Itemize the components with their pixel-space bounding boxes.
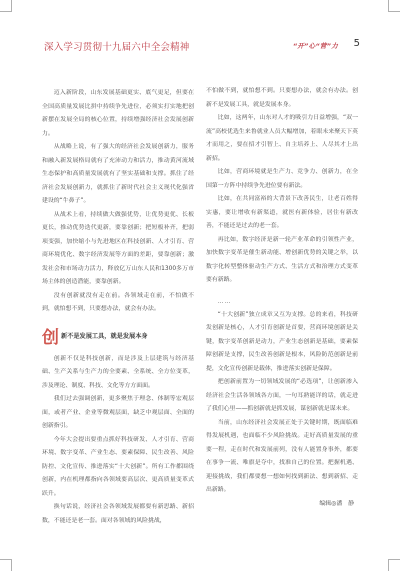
- paragraph: 今年大会提出要重点抓好科技研发、人才引育、营商环境、数字变革、产业生态、要素保障…: [42, 434, 194, 502]
- paragraph: 从战略上说，有了强大的经济社会发展创新力，服务和融入新发展格局就有了充沛动力和活…: [42, 141, 194, 209]
- dropcap: 创: [42, 329, 59, 347]
- section-title: 深入学习贯彻十九届六中全会精神: [44, 39, 190, 53]
- paragraph: 不怕做不到，就怕想不到。只要想办法，就会有办法。创新不是发展工具，就是发展本身。: [206, 85, 358, 112]
- crop-mark-top-left: [0, 0, 12, 12]
- paragraph: 从战术上看，持续做大做强优势，让优势更优、长板更长，推动优势迭代更新，要靠创新；…: [42, 209, 194, 290]
- paragraph: 再比如，数字经济是新一轮产业革命的引领性产业，加快数字变革是催生新动能、增创新优…: [206, 234, 358, 288]
- editor-signature: 编辑◎潘 静: [206, 498, 358, 512]
- paragraph: 没有创新就没有走在前。各领域走在前，不怕做不到，就怕想不到，只要想办法，就会有办…: [42, 290, 194, 317]
- crop-mark-bottom-right: [388, 559, 400, 571]
- paragraph: 迈入新阶段，山东发展基础更实、底气更足，但要在全国高质量发展比拼中持续争先进位，…: [42, 87, 194, 141]
- paragraph: 把创新前置为一切领域发展的“必选项”，让创新渗入经济社会生活各领域各方面，一句耳…: [206, 376, 358, 417]
- paragraph: 比如，营商环境就是生产力、竞争力、创新力，在全国第一方阵中持续争先进位要有新法。: [206, 166, 358, 193]
- spacer: [206, 288, 358, 296]
- page-number: 5: [354, 38, 360, 49]
- right-column: 不怕做不到，就怕想不到。只要想办法，就会有办法。创新不是发展工具，就是发展本身。…: [206, 85, 358, 511]
- page-header: 深入学习贯彻十九届六中全会精神 “开”心“营”力 5: [44, 38, 360, 54]
- subheading: 创 新不是发展工具，就是发展本身: [42, 327, 194, 347]
- column-logo: “开”心“营”力: [293, 41, 338, 50]
- paragraph: 比如，这两年，山东对人才的吸引力日益增强，“双一流”高校优选生来鲁就业人员大幅增…: [206, 112, 358, 166]
- crop-mark-top-right: [388, 0, 400, 12]
- paragraph: 我们过去强调创新，更多聚焦于理念、体制等宏观层面，或者产业、企业等微观层面，缺乏…: [42, 393, 194, 434]
- paragraph: 换句话说，经济社会各领域发展都要有新思路、新招数，不能还是老一套。面对各领域的风…: [42, 501, 194, 528]
- paragraph: 当前，山东经济社会发展正处于关键时期，既面临难得发展机遇，也面临不少风险挑战。走…: [206, 417, 358, 498]
- subheading-text: 新不是发展工具，就是发展本身: [61, 330, 148, 347]
- crop-mark-bottom-left: [0, 559, 12, 571]
- paragraph: “十大创新”独立成章又互为支撑。总的来看，科技研发创新是核心，人才引育创新是首要…: [206, 309, 358, 377]
- paragraph: 创新不仅是科技创新，而是涉及上层建筑与经济基础、生产关系与生产力的全要素、全系统…: [42, 353, 194, 394]
- left-column: 迈入新阶段，山东发展基础更实、底气更足，但要在全国高质量发展比拼中持续争先进位，…: [42, 87, 194, 528]
- paragraph: 比如，在共同富裕的大背景下改善民生，让老百姓得实惠，要让增收有新渠道，就医有新体…: [206, 193, 358, 234]
- ellipsis: ……: [206, 296, 358, 309]
